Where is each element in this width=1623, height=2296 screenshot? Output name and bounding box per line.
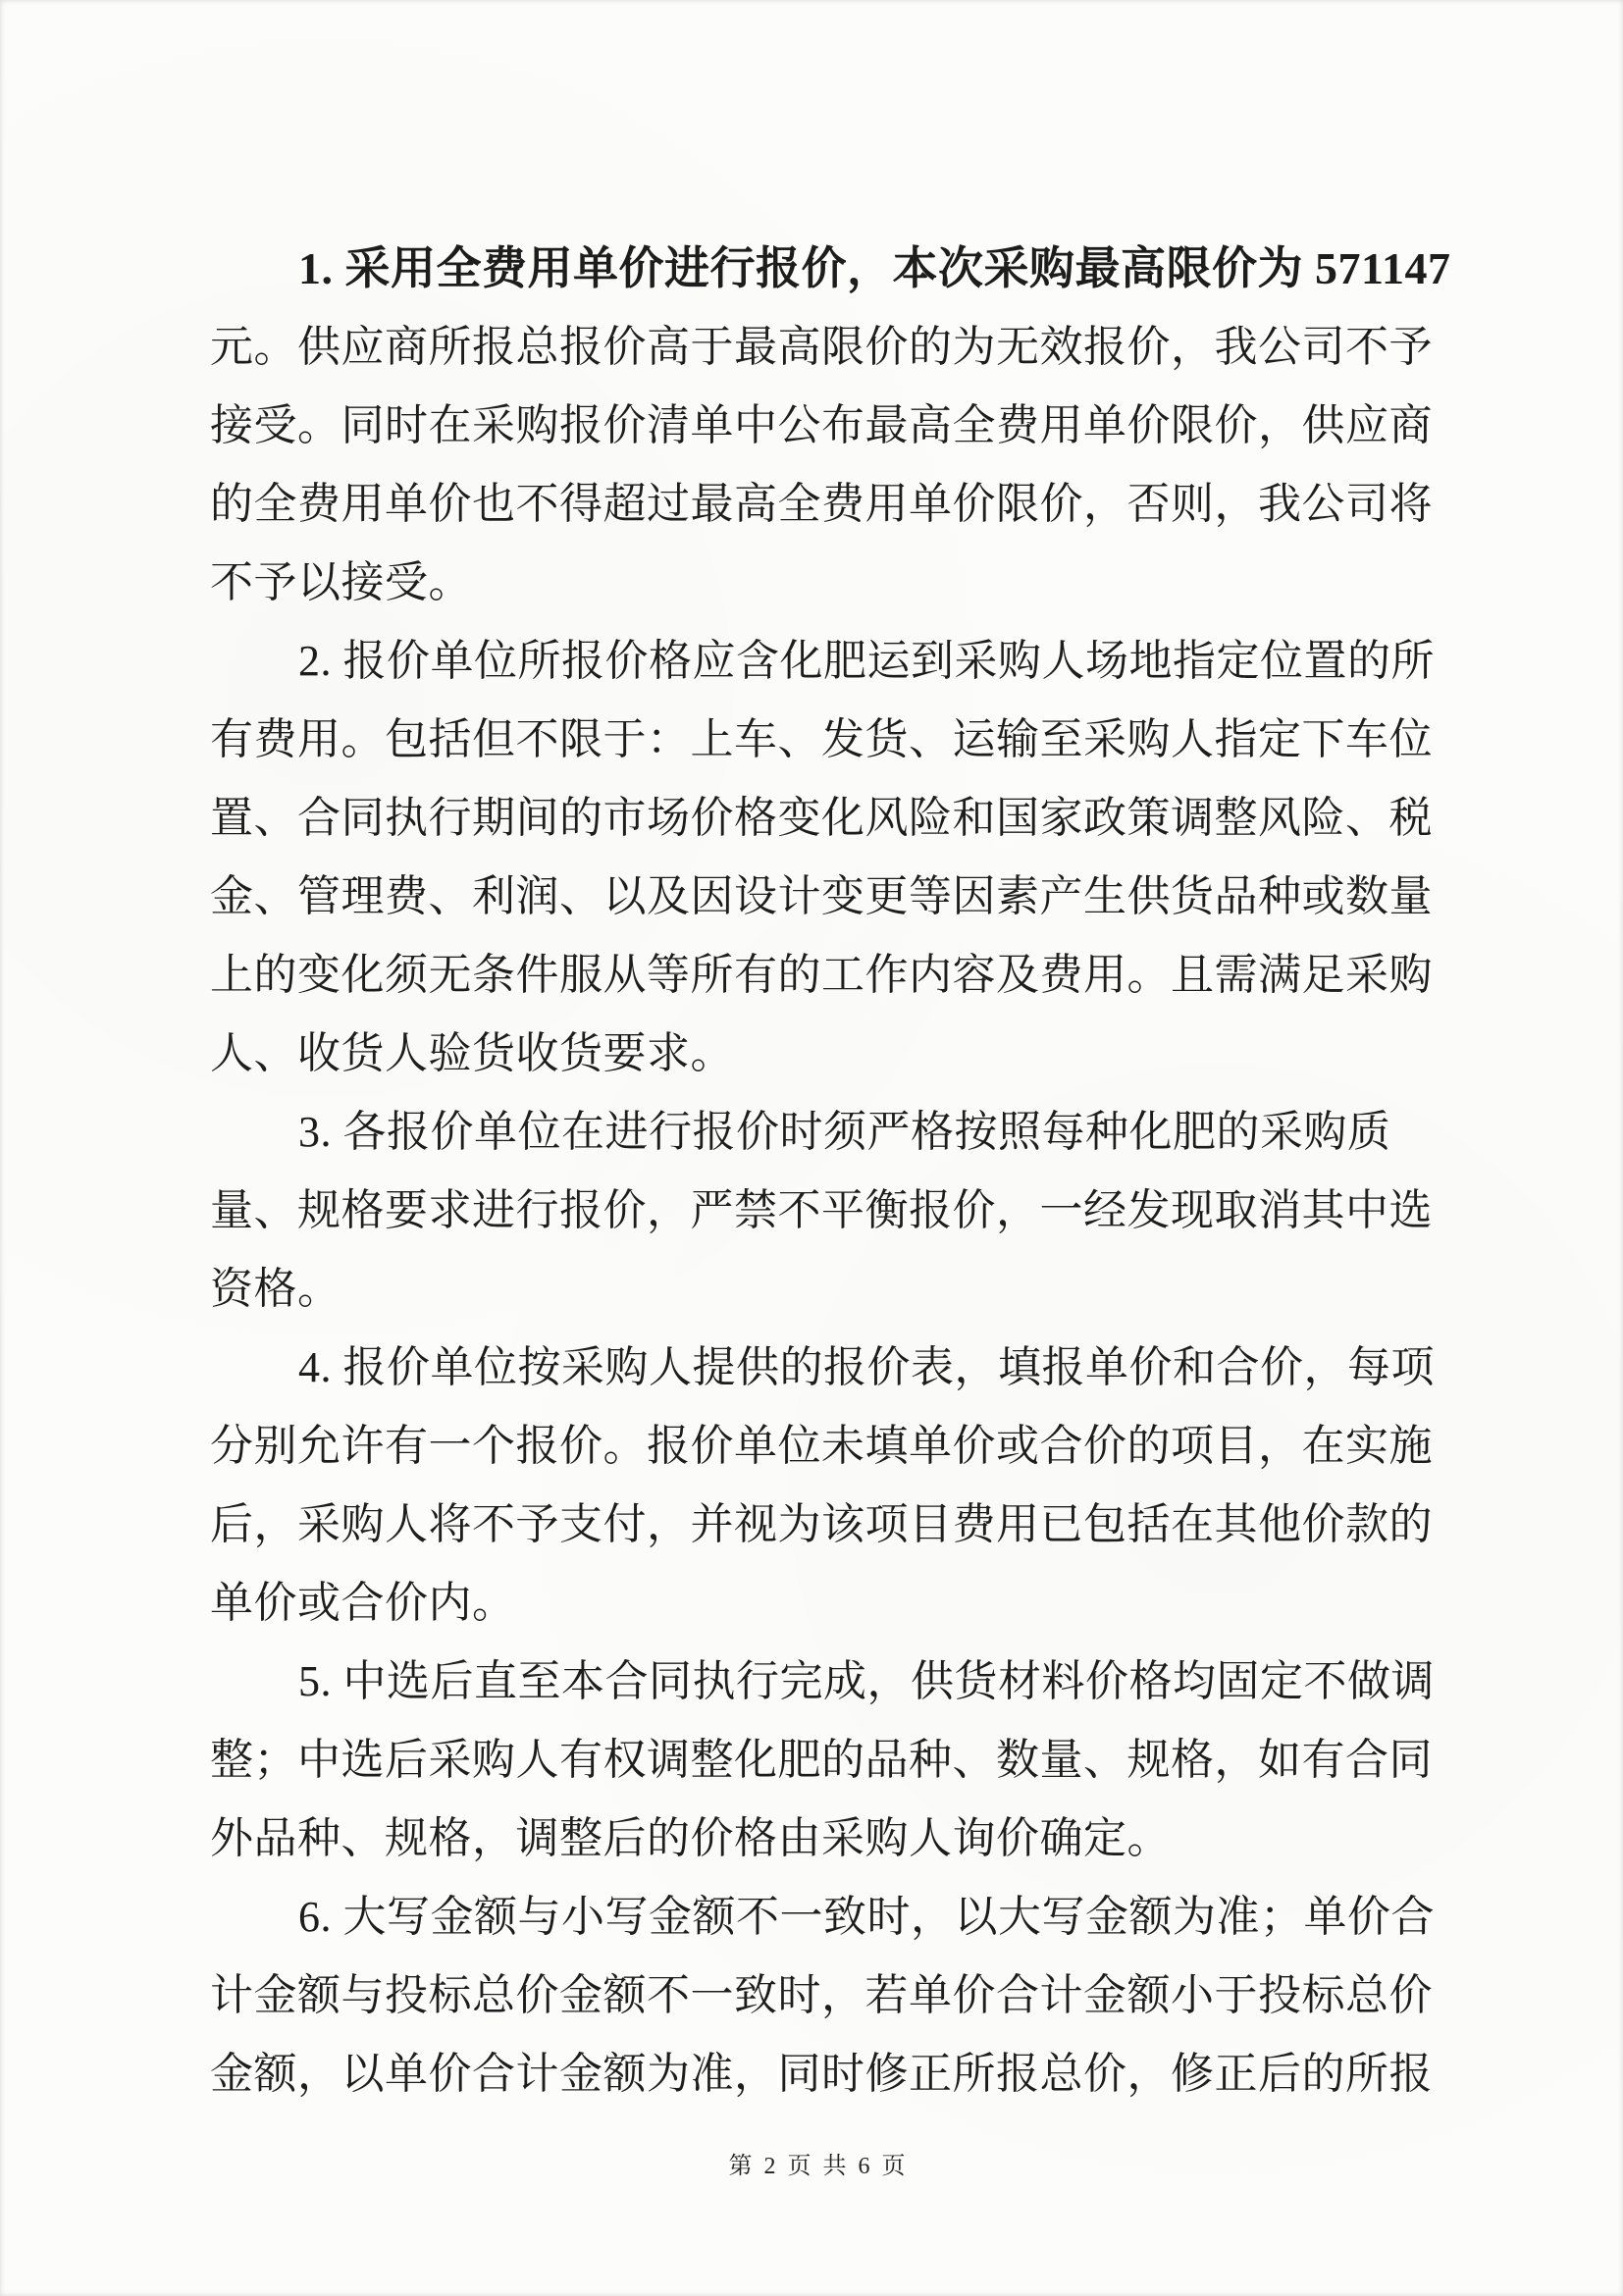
- paragraph-1-line-1: 1. 采用全费用单价进行报价，本次采购最高限价为 571147: [210, 230, 1437, 308]
- paragraph-4-line-4: 单价或合价内。: [210, 1564, 1437, 1643]
- paragraph-6-line-1: 6. 大写金额与小写金额不一致时，以大写金额为准；单价合: [210, 1878, 1437, 1957]
- paragraph-2-line-3: 置、合同执行期间的市场价格变化风险和国家政策调整风险、税: [210, 779, 1437, 858]
- paragraph-2-line-5: 上的变化须无条件服从等所有的工作内容及费用。且需满足采购: [210, 936, 1437, 1015]
- paragraph-2-line-2: 有费用。包括但不限于：上车、发货、运输至采购人指定下车位: [210, 701, 1437, 779]
- paragraph-6-line-3: 金额，以单价合计金额为准，同时修正所报总价，修正后的所报: [210, 2035, 1437, 2113]
- paragraph-3-line-1: 3. 各报价单位在进行报价时须严格按照每种化肥的采购质: [210, 1093, 1437, 1172]
- paragraph-3-line-3: 资格。: [210, 1250, 1437, 1329]
- paragraph-1-line-3: 接受。同时在采购报价清单中公布最高全费用单价限价，供应商: [210, 387, 1437, 465]
- document-page: 1. 采用全费用单价进行报价，本次采购最高限价为 571147 元。供应商所报总…: [0, 0, 1623, 2296]
- paragraph-1-line-5: 不予以接受。: [210, 544, 1437, 622]
- paragraph-4-line-2: 分别允许有一个报价。报价单位未填单价或合价的项目，在实施: [210, 1407, 1437, 1486]
- paragraph-1-line-2: 元。供应商所报总报价高于最高限价的为无效报价，我公司不予: [210, 308, 1437, 387]
- paragraph-2-line-1: 2. 报价单位所报价格应含化肥运到采购人场地指定位置的所: [210, 622, 1437, 701]
- paragraph-4-line-3: 后，采购人将不予支付，并视为该项目费用已包括在其他价款的: [210, 1486, 1437, 1564]
- paragraph-1-line-4: 的全费用单价也不得超过最高全费用单价限价，否则，我公司将: [210, 465, 1437, 544]
- paragraph-5-line-2: 整；中选后采购人有权调整化肥的品种、数量、规格，如有合同: [210, 1721, 1437, 1800]
- paragraph-3-line-2: 量、规格要求进行报价，严禁不平衡报价，一经发现取消其中选: [210, 1172, 1437, 1250]
- paragraph-4-line-1: 4. 报价单位按采购人提供的报价表，填报单价和合价，每项: [210, 1329, 1437, 1407]
- paragraph-6-line-2: 计金额与投标总价金额不一致时，若单价合计金额小于投标总价: [210, 1957, 1437, 2035]
- paragraph-5-line-1: 5. 中选后直至本合同执行完成，供货材料价格均固定不做调: [210, 1643, 1437, 1721]
- paragraph-2-line-6: 人、收货人验货收货要求。: [210, 1015, 1437, 1093]
- paragraph-5-line-3: 外品种、规格，调整后的价格由采购人询价确定。: [210, 1800, 1437, 1878]
- page-number: 第 2 页 共 6 页: [0, 2149, 1623, 2184]
- paragraph-2-line-4: 金、管理费、利润、以及因设计变更等因素产生供货品种或数量: [210, 858, 1437, 936]
- document-body: 1. 采用全费用单价进行报价，本次采购最高限价为 571147 元。供应商所报总…: [210, 230, 1437, 2113]
